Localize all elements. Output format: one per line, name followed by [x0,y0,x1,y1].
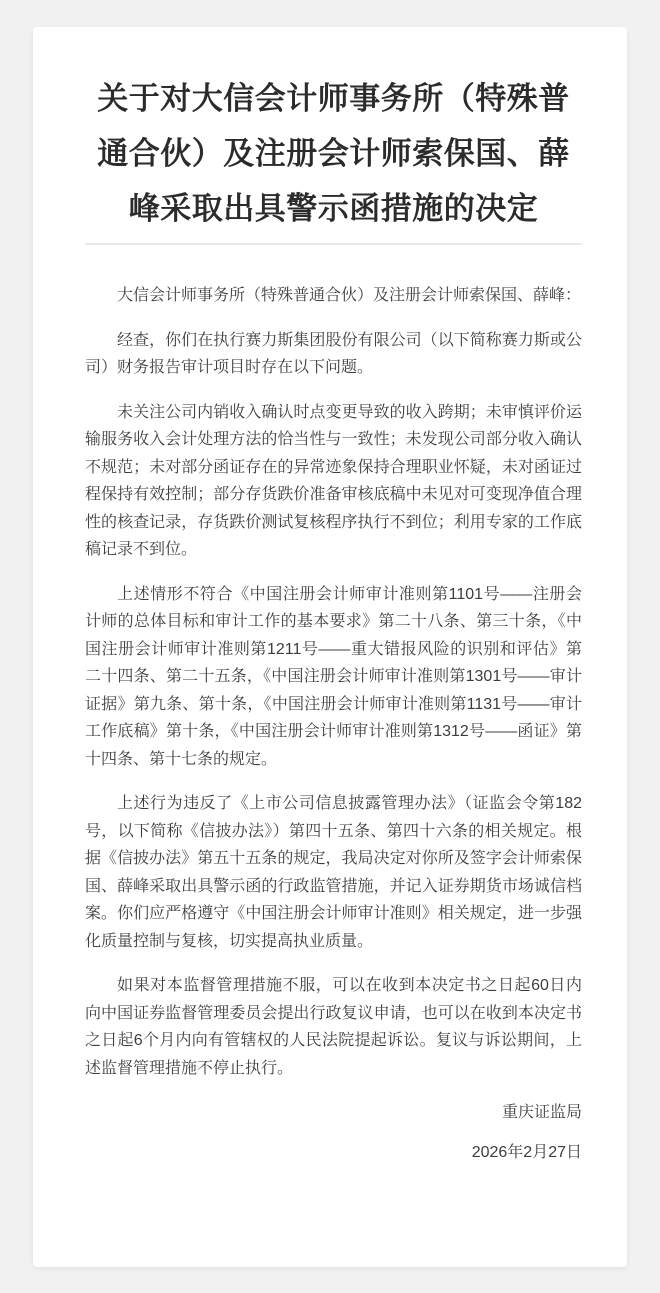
title-divider [85,243,582,245]
body-paragraph-appeal-rights: 如果对本监督管理措施不服，可以在收到本决定书之日起60日内向中国证券监督管理委员… [85,972,582,1082]
body-paragraph-standards-violated: 上述情形不符合《中国注册会计师审计准则第1101号——注册会计师的总体目标和审计… [85,581,582,774]
issuer-signature: 重庆证监局 [85,1099,582,1127]
document-title: 关于对大信会计师事务所（特殊普通合伙）及注册会计师索保国、薛峰采取出具警示函措施… [85,71,582,236]
salutation-paragraph: 大信会计师事务所（特殊普通合伙）及注册会计师索保国、薛峰： [85,282,582,310]
body-paragraph-decision: 上述行为违反了《上市公司信息披露管理办法》（证监会令第182号，以下简称《信披办… [85,790,582,955]
issue-date: 2026年2月27日 [85,1139,582,1167]
document-card: 关于对大信会计师事务所（特殊普通合伙）及注册会计师索保国、薛峰采取出具警示函措施… [33,27,627,1267]
body-paragraph-intro: 经查，你们在执行赛力斯集团股份有限公司（以下简称赛力斯或公司）财务报告审计项目时… [85,327,582,382]
body-paragraph-findings: 未关注公司内销收入确认时点变更导致的收入跨期；未审慎评价运输服务收入会计处理方法… [85,399,582,564]
